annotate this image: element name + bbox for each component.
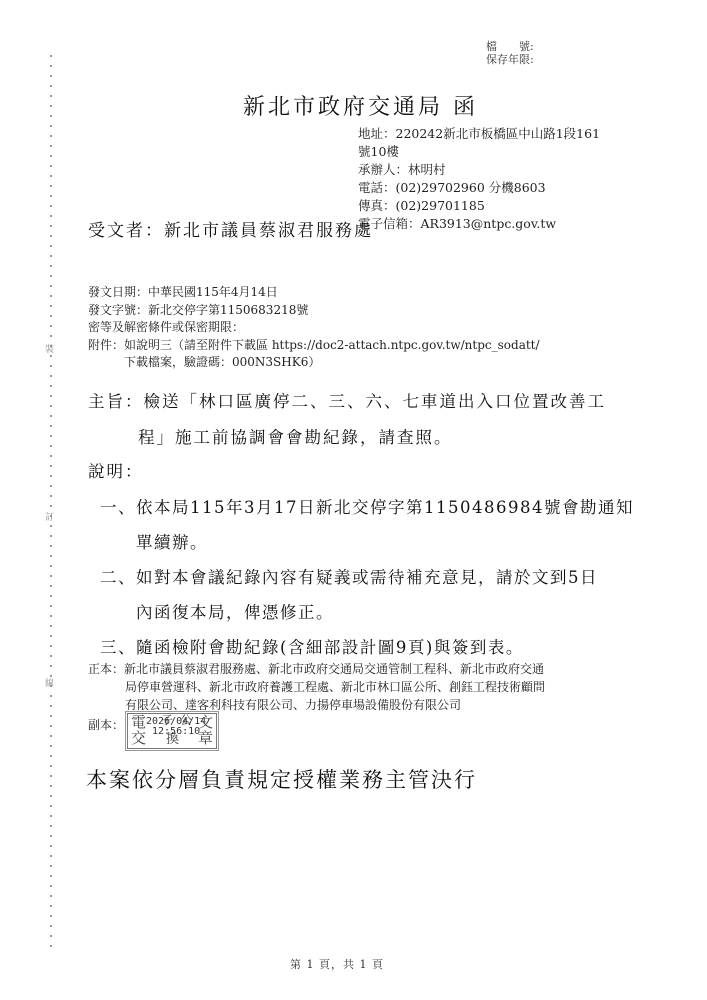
attachment-line-2: 下載檔案，驗證碼：000N3SHK6） [88,354,540,372]
binding-dot [50,755,52,757]
explanation-items: 一、依本局115年3月17日新北交停字第1150486984號會勘通知 單續辦。… [100,490,634,665]
binding-dot [50,415,52,417]
attachment-line-1: 附件：如說明三（請至附件下載區 https://doc2-attach.ntpc… [88,337,540,355]
binding-dot [50,455,52,457]
binding-dot [50,895,52,897]
binding-dot [50,935,52,937]
subject-line-1: 主旨：檢送「林口區廣停二、三、六、七車道出入口位置改善工 [88,384,606,420]
binding-dot [50,535,52,537]
original-line-1: 正本：新北市議員蔡淑君服務處、新北市政府交通局交通管制工程科、新北市政府交通 [88,660,545,678]
binding-dot [50,925,52,927]
binding-dot [50,905,52,907]
binding-dot [50,745,52,747]
binding-dot [50,335,52,337]
binding-dot [50,305,52,307]
binding-dot [50,555,52,557]
fax: 傳真：(02)29701185 [358,197,618,215]
binding-dot [50,445,52,447]
binding-dot [50,245,52,247]
binding-dot [50,705,52,707]
binding-dot [50,165,52,167]
binding-dot [50,565,52,567]
explanation-item-2: 二、如對本會議紀錄內容有疑義或需待補充意見，請於文到5日 內函復本局，俾憑修正。 [100,560,634,630]
binding-dot [50,155,52,157]
binding-dot [50,475,52,477]
binding-dot [50,615,52,617]
binding-dot [50,225,52,227]
phone: 電話：(02)29702960 分機8603 [358,179,618,197]
binding-dot [50,135,52,137]
item-1-line-1: 一、依本局115年3月17日新北交停字第1150486984號會勘通知 [100,490,634,525]
binding-dot [50,845,52,847]
binding-dot [50,85,52,87]
binding-dot [50,735,52,737]
file-number-label: 檔 號: [486,40,534,53]
binding-mark-zhuang: 裝 [45,342,54,355]
binding-dot [50,235,52,237]
binding-mark-ding: 訂 [45,510,54,523]
binding-dot [50,505,52,507]
binding-dot [50,665,52,667]
doc-number: 發文字號：新北交停字第1150683218號 [88,302,540,320]
address-line-1: 地址：220242新北市板橋區中山路1段161 [358,125,618,143]
binding-dot [50,725,52,727]
contact-block: 地址：220242新北市板橋區中山路1段161 號10樓 承辦人：林明村 電話：… [358,125,618,233]
binding-dot [50,605,52,607]
handler: 承辦人：林明村 [358,161,618,179]
binding-dot [50,835,52,837]
binding-dot [50,775,52,777]
binding-dot [50,865,52,867]
document-title: 新北市政府交通局函 [243,90,478,121]
electronic-exchange-stamp: 電 子 公 文 交 換 章 2026/04/14 12:56:10 [127,713,217,749]
binding-dot [50,715,52,717]
stamp-char: 交 [131,731,146,746]
file-meta: 檔 號: 保存年限: [486,40,534,66]
binding-dot [50,105,52,107]
binding-dot [50,385,52,387]
binding-dot [50,525,52,527]
binding-dot [50,95,52,97]
address-line-2: 號10樓 [358,143,618,161]
binding-dot [50,545,52,547]
binding-dot [50,175,52,177]
binding-dot [50,585,52,587]
binding-dot [50,765,52,767]
binding-dot [50,55,52,57]
binding-dot [50,265,52,267]
original-line-2: 局停車營運科、新北市政府養護工程處、新北市林口區公所、創鈺工程技術顧問 [88,678,545,696]
binding-dot [50,185,52,187]
binding-dot [50,395,52,397]
classification: 密等及解密條件或保密期限： [88,319,540,337]
binding-dot [50,785,52,787]
binding-dot [50,595,52,597]
subject-line-2: 程」施工前協調會會勘紀錄，請查照。 [88,420,606,456]
email: 電子信箱：AR3913@ntpc.gov.tw [358,215,618,233]
binding-line [50,55,52,955]
binding-dot [50,915,52,917]
binding-dot [50,205,52,207]
binding-dot [50,125,52,127]
binding-dot [50,375,52,377]
decision-statement: 本案依分層負責規定授權業務主管決行 [86,764,477,794]
binding-dot [50,75,52,77]
subject: 主旨：檢送「林口區廣停二、三、六、七車道出入口位置改善工 程」施工前協調會會勘紀… [88,384,606,456]
page-info: 第 1 頁，共 1 頁 [290,956,384,972]
explanation-item-1: 一、依本局115年3月17日新北交停字第1150486984號會勘通知 單續辦。 [100,490,634,560]
binding-dot [50,255,52,257]
binding-dot [50,945,52,947]
binding-dot [50,215,52,217]
binding-dot [50,355,52,357]
binding-dot [50,325,52,327]
item-2-line-2: 內函復本局，俾憑修正。 [100,595,634,630]
binding-mark-xian: 線 [45,676,54,689]
binding-dot [50,145,52,147]
issue-date: 發文日期：中華民國115年4月14日 [88,284,540,302]
binding-dot [50,855,52,857]
distribution-original: 正本：新北市議員蔡淑君服務處、新北市政府交通局交通管制工程科、新北市政府交通 局… [88,660,545,714]
binding-dot [50,65,52,67]
binding-dot [50,435,52,437]
explanation-label: 說明： [88,458,144,482]
item-2-line-1: 二、如對本會議紀錄內容有疑義或需待補充意見，請於文到5日 [100,560,634,595]
item-1-line-2: 單續辦。 [100,525,634,560]
binding-dot [50,285,52,287]
stamp-char: 章 [198,731,213,746]
binding-dot [50,405,52,407]
binding-dot [50,795,52,797]
binding-dot [50,425,52,427]
binding-dot [50,275,52,277]
binding-dot [50,115,52,117]
binding-dot [50,875,52,877]
copy-label: 副本： [88,716,124,733]
binding-dot [50,495,52,497]
stamp-time: 12:56:10 [152,727,200,737]
binding-dot [50,315,52,317]
binding-dot [50,805,52,807]
binding-dot [50,815,52,817]
agency-name: 新北市政府交通局 [243,95,443,120]
binding-dot [50,465,52,467]
binding-dot [50,575,52,577]
issue-meta: 發文日期：中華民國115年4月14日 發文字號：新北交停字第1150683218… [88,284,540,372]
recipient: 受文者：新北市議員蔡淑君服務處 [88,216,373,241]
binding-dot [50,645,52,647]
binding-dot [50,655,52,657]
binding-dot [50,625,52,627]
binding-dot [50,365,52,367]
binding-dot [50,295,52,297]
binding-dot [50,485,52,487]
original-line-3: 有限公司、達客利科技有限公司、力揚停車場設備股份有限公司 [88,696,545,714]
binding-dot [50,695,52,697]
binding-dot [50,195,52,197]
binding-dot [50,635,52,637]
retention-label: 保存年限: [486,53,534,66]
binding-dot [50,825,52,827]
binding-dot [50,885,52,887]
stamp-char: 電 [131,715,146,730]
document-type: 函 [453,95,478,120]
